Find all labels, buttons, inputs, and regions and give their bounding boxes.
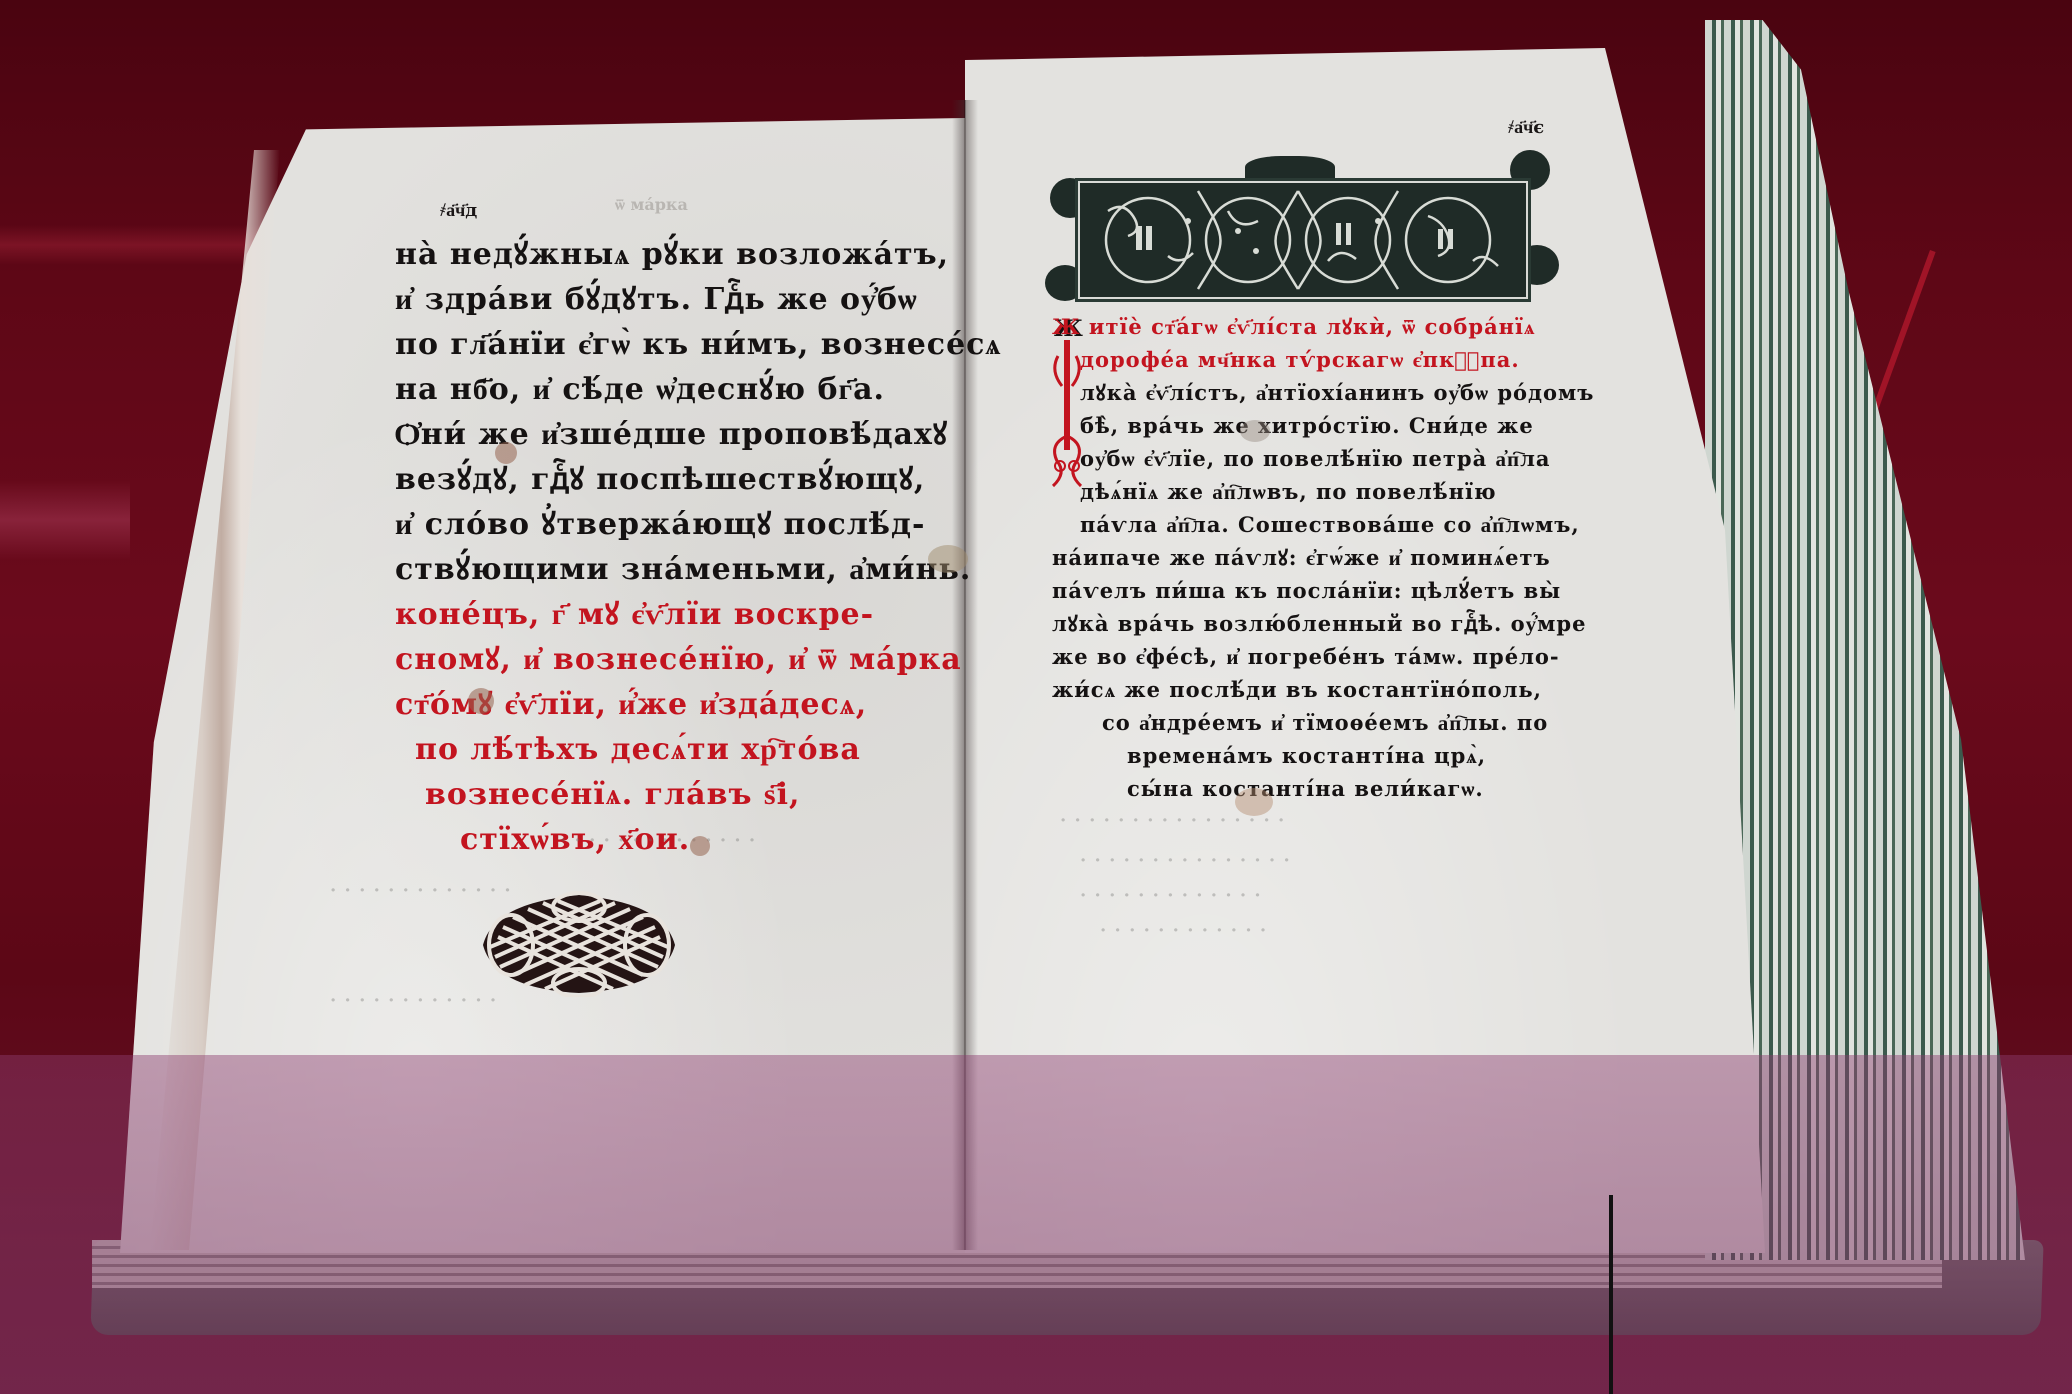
text-line: бѣ̀, вра́чь же хитро́стїю. Сни́де же	[1052, 409, 1594, 442]
paper-stain	[495, 442, 517, 464]
showthrough-text: · · · · · · · · · · · · · ·	[560, 830, 756, 851]
paper-stain	[1235, 788, 1273, 816]
rubric-line: вознесе́нїѧ. гла́въ ѕ҃і,	[395, 772, 1001, 817]
left-running-head: ѿ ма́рка	[615, 195, 688, 215]
left-page-text: на̀ недꙋ́жныѧ рꙋ́ки возложа́тъ, и҆ здра́…	[395, 232, 1001, 862]
paper-stain	[690, 836, 710, 856]
text-line: по гл҃а́нїи є҆гѡ̀ къ ни́мъ, вознесе́сѧ	[395, 322, 1001, 367]
floral-woodcut-headpiece	[1075, 178, 1531, 302]
text-line: и҆ сло́во ꙋ҆твержа́ющꙋ послѣ́д-	[395, 502, 1001, 547]
showthrough-text: · · · · · · · · · · · · ·	[1080, 885, 1262, 906]
showthrough-text: · · · · · · · · · · · · · · ·	[1080, 850, 1291, 871]
text-line: времена́мъ костанті́на црѧ̀,	[1052, 739, 1594, 772]
text-line: оу҆бѡ є҆ѵ҃лїе, по повелѣ́нїю петра̀ а҆п҇…	[1052, 442, 1594, 475]
interlace-knot-ornament	[473, 887, 685, 997]
text-line: ствꙋ́ющими зна́меньми, а҆ми́нь.	[395, 547, 1001, 592]
text-line: жи́сѧ же послѣ́ди въ костантїно́поль,	[1052, 673, 1594, 706]
rubric-line: сномꙋ, и҆ вознесе́нїю, и҆ ѿ ма́рка	[395, 637, 1001, 682]
paper-stain	[928, 545, 968, 573]
display-case-glass-reflection	[0, 1055, 2072, 1394]
text-line: на нб҃о, и҆ сѣ́де ѡ҆деснꙋ́ю бг҃а.	[395, 367, 1001, 412]
text-line: на̀ недꙋ́жныѧ рꙋ́ки возложа́тъ,	[395, 232, 1001, 277]
text-line: же во є҆фе́сѣ, и҆ погребе́нъ та́мѡ. пре́…	[1052, 640, 1594, 673]
text-line: лꙋка̀ є҆ѵ҃лі́стъ, а҆нтїохі́анинъ оу҆бѡ р…	[1052, 376, 1594, 409]
text-line: сы́на костанті́на вели́кагѡ.	[1052, 772, 1594, 805]
rubric-line: коне́цъ, г҃ мꙋ є҆ѵ҃лїи воскре-	[395, 592, 1001, 637]
right-folio-number: ҂а҃ч҃є	[1508, 117, 1544, 138]
velvet-fold-highlight	[0, 480, 130, 560]
text-line: па́ѵла а҆п҇ла. Сошествова́ше со а҆п҇лѡмъ…	[1052, 508, 1594, 541]
showthrough-text: · · · · · · · · · · · ·	[1100, 920, 1267, 941]
text-line: со а҆ндре́емъ и҆ тїмоѳе́емъ а҆п҇лы. по	[1052, 706, 1594, 739]
text-line: везꙋ́дꙋ, гдⷭ҇ꙋ поспѣшествꙋ́ющꙋ,	[395, 457, 1001, 502]
text-line: Ѻ҆ни́ же и҆зше́дше проповѣ́дахꙋ	[395, 412, 1001, 457]
right-page-text: Ж итїѐ ст҃а́гѡ є҆ѵ҃лі́ста лꙋкѝ, ѿ собра́…	[1052, 310, 1594, 805]
paper-stain	[468, 688, 494, 714]
rubric-title-line: дорофе́а мч҃нка тѵ́рскагѡ є҆пкⷭ҇па.	[1052, 343, 1594, 376]
text-line: па́ѵелъ пи́ша къ посла́нїи: цѣлꙋ́етъ вы̀	[1052, 574, 1594, 607]
rubric-line: по лѣ́тѣхъ десѧ́ти хр҇то́ва	[395, 727, 1001, 772]
left-folio-number: ҂а҃ч҃д	[440, 200, 477, 221]
text-line: и҆ здра́ви бꙋ́дꙋтъ. Гдⷭ҇ь же оу҆́бѡ	[395, 277, 1001, 322]
display-case-glass-seam	[1609, 1195, 1613, 1394]
paper-stain	[1240, 420, 1270, 442]
text-line: на́ипаче же па́ѵлꙋ: є҆гѡ́же и҆ поминѧ́ет…	[1052, 541, 1594, 574]
rubric-title-line: Ж итїѐ ст҃а́гѡ є҆ѵ҃лі́ста лꙋкѝ, ѿ собра́…	[1052, 310, 1594, 343]
text-line: лꙋка̀ вра́чь возлю́бленный во гдⷭ҇ѣ. оу҆…	[1052, 607, 1594, 640]
text-line: дѣѧ́нїѧ же а҆п҇лѡвъ, по повелѣ́нїю	[1052, 475, 1594, 508]
